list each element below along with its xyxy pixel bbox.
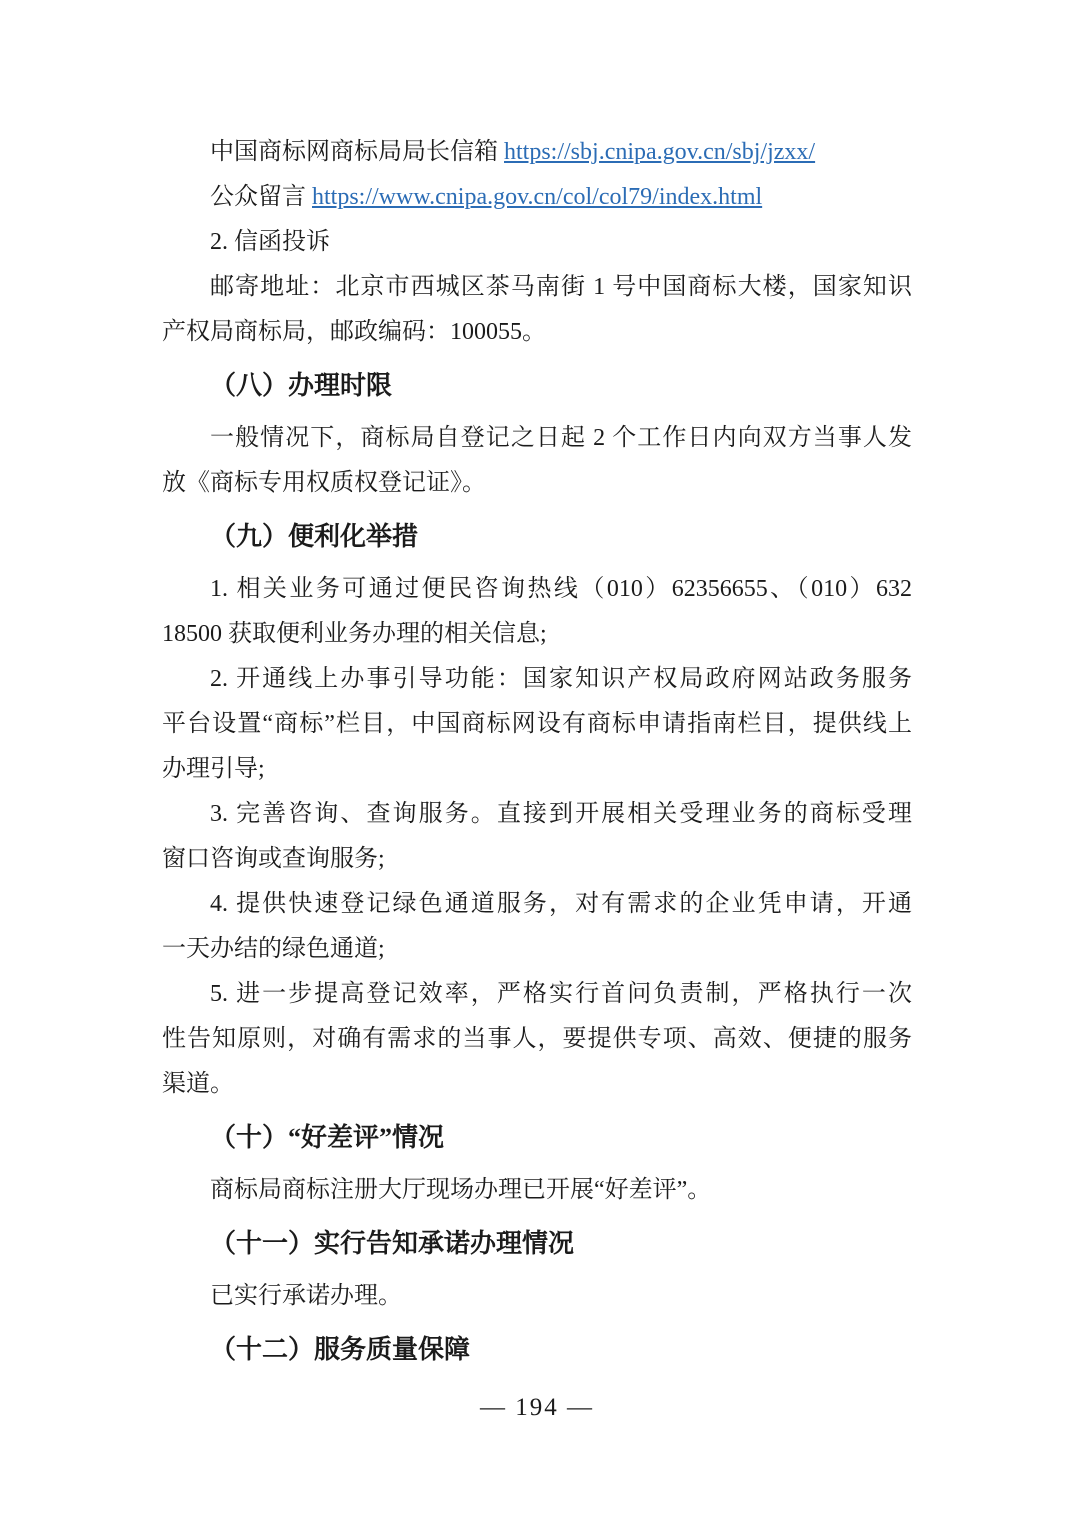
document-body: 中国商标网商标局局长信箱 https://sbj.cnipa.gov.cn/sb… <box>162 130 912 1380</box>
line-time-limit-1: 一般情况下，商标局自登记之日起 2 个工作日内向双方当事人发 <box>162 416 912 461</box>
heading-section-9: （九）便利化举措 <box>162 514 912 559</box>
heading-section-10: （十）“好差评”情况 <box>162 1115 912 1160</box>
line-director-mailbox: 中国商标网商标局局长信箱 https://sbj.cnipa.gov.cn/sb… <box>162 130 912 175</box>
line-item2-2: 平台设置“商标”栏目，中国商标网设有商标申请指南栏目，提供线上 <box>162 702 912 747</box>
public-message-link[interactable]: https://www.cnipa.gov.cn/col/col79/index… <box>312 184 762 210</box>
public-message-label: 公众留言 <box>210 184 312 210</box>
heading-section-12: （十二）服务质量保障 <box>162 1327 912 1372</box>
line-mail-address-1: 邮寄地址：北京市西城区茶马南街 1 号中国商标大楼，国家知识 <box>162 265 912 310</box>
line-item5-2: 性告知原则，对确有需求的当事人，要提供专项、高效、便捷的服务 <box>162 1017 912 1062</box>
line-section-10-body: 商标局商标注册大厅现场办理已开展“好差评”。 <box>162 1168 912 1213</box>
page-number: — 194 — <box>0 1392 1074 1424</box>
director-mailbox-label: 中国商标网商标局局长信箱 <box>210 139 504 165</box>
line-item4-2: 一天办结的绿色通道; <box>162 927 912 972</box>
line-item5-1: 5. 进一步提高登记效率，严格实行首问负责制，严格执行一次 <box>162 972 912 1017</box>
line-mail-address-2: 产权局商标局，邮政编码：100055。 <box>162 310 912 355</box>
line-item1-2: 18500 获取便利业务办理的相关信息; <box>162 612 912 657</box>
line-item1-1: 1. 相关业务可通过便民咨询热线（010）62356655、（010）632 <box>162 567 912 612</box>
heading-section-11: （十一）实行告知承诺办理情况 <box>162 1221 912 1266</box>
line-public-message: 公众留言 https://www.cnipa.gov.cn/col/col79/… <box>162 175 912 220</box>
line-section-11-body: 已实行承诺办理。 <box>162 1274 912 1319</box>
heading-section-8: （八）办理时限 <box>162 363 912 408</box>
line-item5-3: 渠道。 <box>162 1062 912 1107</box>
line-complaint-by-letter: 2. 信函投诉 <box>162 220 912 265</box>
document-page: 中国商标网商标局局长信箱 https://sbj.cnipa.gov.cn/sb… <box>0 0 1074 1520</box>
line-item2-1: 2. 开通线上办事引导功能：国家知识产权局政府网站政务服务 <box>162 657 912 702</box>
line-item2-3: 办理引导; <box>162 747 912 792</box>
line-item4-1: 4. 提供快速登记绿色通道服务，对有需求的企业凭申请，开通 <box>162 882 912 927</box>
director-mailbox-link[interactable]: https://sbj.cnipa.gov.cn/sbj/jzxx/ <box>504 139 815 165</box>
line-time-limit-2: 放《商标专用权质权登记证》。 <box>162 461 912 506</box>
line-item3-2: 窗口咨询或查询服务; <box>162 837 912 882</box>
line-item3-1: 3. 完善咨询、查询服务。直接到开展相关受理业务的商标受理 <box>162 792 912 837</box>
